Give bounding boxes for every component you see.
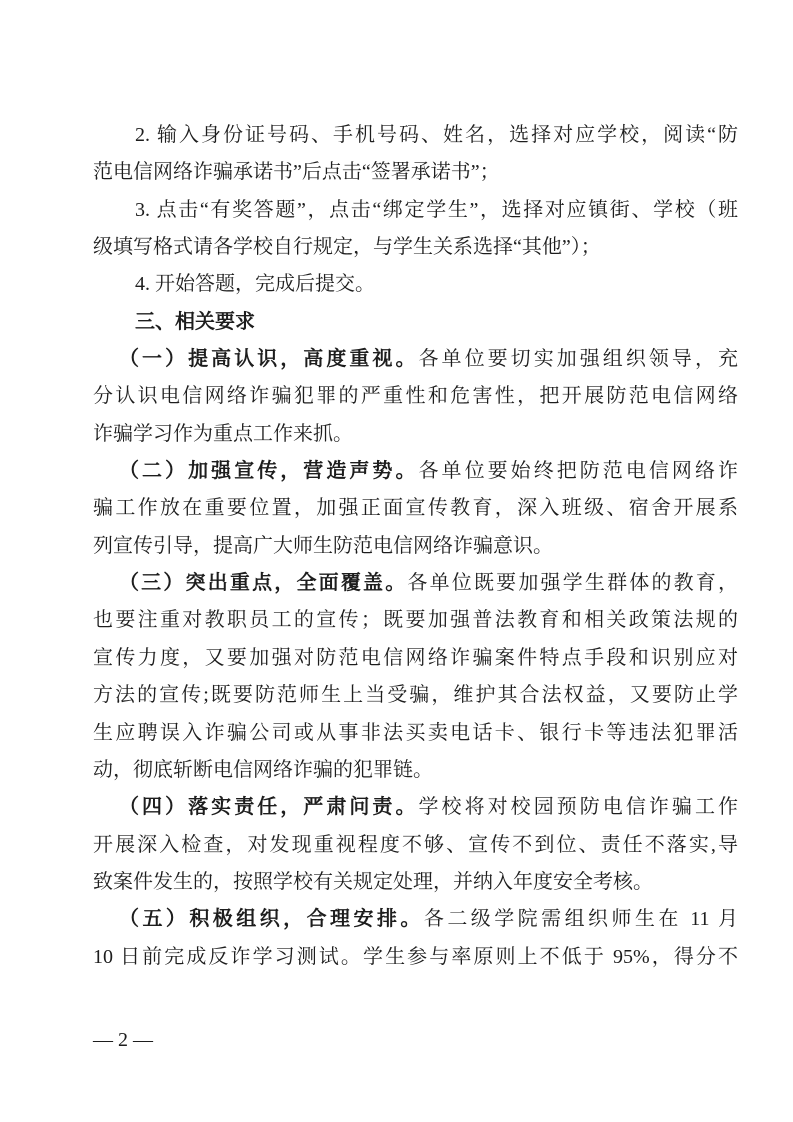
text-segment: 诈骗学习作为重点工作来抓。 xyxy=(93,423,353,445)
text-segment: 级填写格式请各学校自行规定，与学生关系选择“其他”）； xyxy=(93,236,601,258)
text-line: 开展深入检查，对发现重视程度不够、宣传不到位、责任不落实,导 xyxy=(93,827,738,864)
text-line: 10 日前完成反诈学习测试。学生参与率原则上不低于 95%，得分不 xyxy=(93,939,738,976)
text-segment-bold: （四）落实责任，严肃问责。 xyxy=(119,796,419,818)
text-line: 范电信网络诈骗承诺书”后点击“签署承诺书”； xyxy=(93,154,738,191)
text-segment: 骗工作放在重要位置，加强正面宣传教育，深入班级、宿舍开展系 xyxy=(93,497,738,519)
text-segment: 生应聘误入诈骗公司或从事非法买卖电话卡、银行卡等违法犯罪活 xyxy=(93,722,738,744)
text-line: 生应聘误入诈骗公司或从事非法买卖电话卡、银行卡等违法犯罪活 xyxy=(93,715,738,752)
text-segment-bold: 三、相关要求 xyxy=(135,311,255,333)
text-segment: 10 日前完成反诈学习测试。学生参与率原则上不低于 95%，得分不 xyxy=(93,946,738,968)
text-line: 也要注重对教职员工的宣传；既要加强普法教育和相关政策法规的 xyxy=(93,602,738,639)
text-segment: 各单位要始终把防范电信网络诈 xyxy=(419,460,739,482)
text-segment: 各单位既要加强学生群体的教育， xyxy=(407,572,738,594)
text-segment: 范电信网络诈骗承诺书”后点击“签署承诺书”； xyxy=(93,161,500,183)
text-line: 4. 开始答题，完成后提交。 xyxy=(93,266,738,303)
text-line: 骗工作放在重要位置，加强正面宣传教育，深入班级、宿舍开展系 xyxy=(93,490,738,527)
text-line: 宣传力度，又要加强对防范电信网络诈骗案件特点手段和识别应对 xyxy=(93,640,738,677)
text-line: 动，彻底斩断电信网络诈骗的犯罪链。 xyxy=(93,752,738,789)
text-segment-bold: （三）突出重点，全面覆盖。 xyxy=(119,572,407,594)
text-segment: 开展深入检查，对发现重视程度不够、宣传不到位、责任不落实,导 xyxy=(93,834,738,856)
page-number: — 2 — xyxy=(93,1026,153,1054)
text-line: （一）提高认识，高度重视。各单位要切实加强组织领导，充 xyxy=(93,341,738,378)
text-segment: 列宣传引导，提高广大师生防范电信网络诈骗意识。 xyxy=(93,535,553,557)
text-line: 方法的宣传;既要防范师生上当受骗，维护其合法权益，又要防止学 xyxy=(93,677,738,714)
text-line: 分认识电信网络诈骗犯罪的严重性和危害性，把开展防范电信网络 xyxy=(93,378,738,415)
text-line: 三、相关要求 xyxy=(93,304,738,341)
text-segment-bold: （一）提高认识，高度重视。 xyxy=(119,348,419,370)
text-segment: 2. 输入身份证号码、手机号码、姓名，选择对应学校，阅读“防 xyxy=(135,124,738,146)
text-segment: 4. 开始答题，完成后提交。 xyxy=(135,273,375,295)
text-segment: 动，彻底斩断电信网络诈骗的犯罪链。 xyxy=(93,759,433,781)
text-segment: 分认识电信网络诈骗犯罪的严重性和危害性，把开展防范电信网络 xyxy=(93,385,738,407)
text-line: （五）积极组织，合理安排。各二级学院需组织师生在 11 月 xyxy=(93,901,738,938)
text-line: （二）加强宣传，营造声势。各单位要始终把防范电信网络诈 xyxy=(93,453,738,490)
text-line: 诈骗学习作为重点工作来抓。 xyxy=(93,416,738,453)
text-line: 致案件发生的，按照学校有关规定处理，并纳入年度安全考核。 xyxy=(93,864,738,901)
text-segment: 致案件发生的，按照学校有关规定处理，并纳入年度安全考核。 xyxy=(93,871,653,893)
text-line: （四）落实责任，严肃问责。学校将对校园预防电信诈骗工作 xyxy=(93,789,738,826)
document-page: 2. 输入身份证号码、手机号码、姓名，选择对应学校，阅读“防范电信网络诈骗承诺书… xyxy=(0,0,793,1122)
text-segment: 3. 点击“有奖答题”，点击“绑定学生”，选择对应镇街、学校（班 xyxy=(135,199,738,221)
text-line: （三）突出重点，全面覆盖。各单位既要加强学生群体的教育， xyxy=(93,565,738,602)
text-segment-bold: （五）积极组织，合理安排。 xyxy=(119,908,424,930)
text-segment: 各单位要切实加强组织领导，充 xyxy=(419,348,739,370)
text-segment: 各二级学院需组织师生在 11 月 xyxy=(424,908,738,930)
text-segment: 方法的宣传;既要防范师生上当受骗，维护其合法权益，又要防止学 xyxy=(93,684,738,706)
text-segment: 学校将对校园预防电信诈骗工作 xyxy=(419,796,739,818)
text-line: 3. 点击“有奖答题”，点击“绑定学生”，选择对应镇街、学校（班 xyxy=(93,192,738,229)
text-segment-bold: （二）加强宣传，营造声势。 xyxy=(119,460,419,482)
text-segment: 也要注重对教职员工的宣传；既要加强普法教育和相关政策法规的 xyxy=(93,609,738,631)
text-segment: 宣传力度，又要加强对防范电信网络诈骗案件特点手段和识别应对 xyxy=(93,647,738,669)
text-line: 列宣传引导，提高广大师生防范电信网络诈骗意识。 xyxy=(93,528,738,565)
text-line: 级填写格式请各学校自行规定，与学生关系选择“其他”）； xyxy=(93,229,738,266)
text-line: 2. 输入身份证号码、手机号码、姓名，选择对应学校，阅读“防 xyxy=(93,117,738,154)
document-body: 2. 输入身份证号码、手机号码、姓名，选择对应学校，阅读“防范电信网络诈骗承诺书… xyxy=(93,117,738,976)
